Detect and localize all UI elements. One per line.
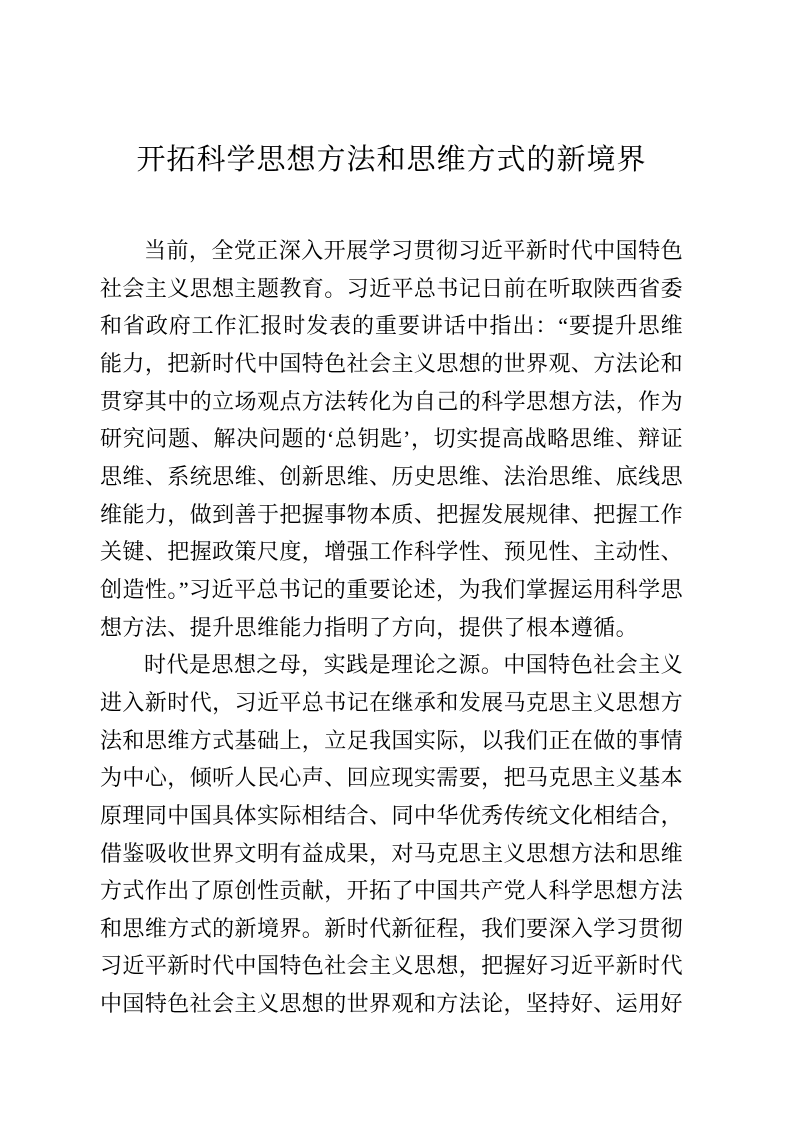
paragraph: 当前，全党正深入开展学习贯彻习近平新时代中国特色社会主义思想主题教育。习近平总书… — [100, 232, 683, 646]
document-body: 当前，全党正深入开展学习贯彻习近平新时代中国特色社会主义思想主题教育。习近平总书… — [100, 232, 683, 1023]
paragraph: 时代是思想之母，实践是理论之源。中国特色社会主义进入新时代，习近平总书记在继承和… — [100, 646, 683, 1023]
document-title: 开拓科学思想方法和思维方式的新境界 — [100, 140, 683, 180]
document-page: 开拓科学思想方法和思维方式的新境界 当前，全党正深入开展学习贯彻习近平新时代中国… — [0, 0, 793, 1122]
